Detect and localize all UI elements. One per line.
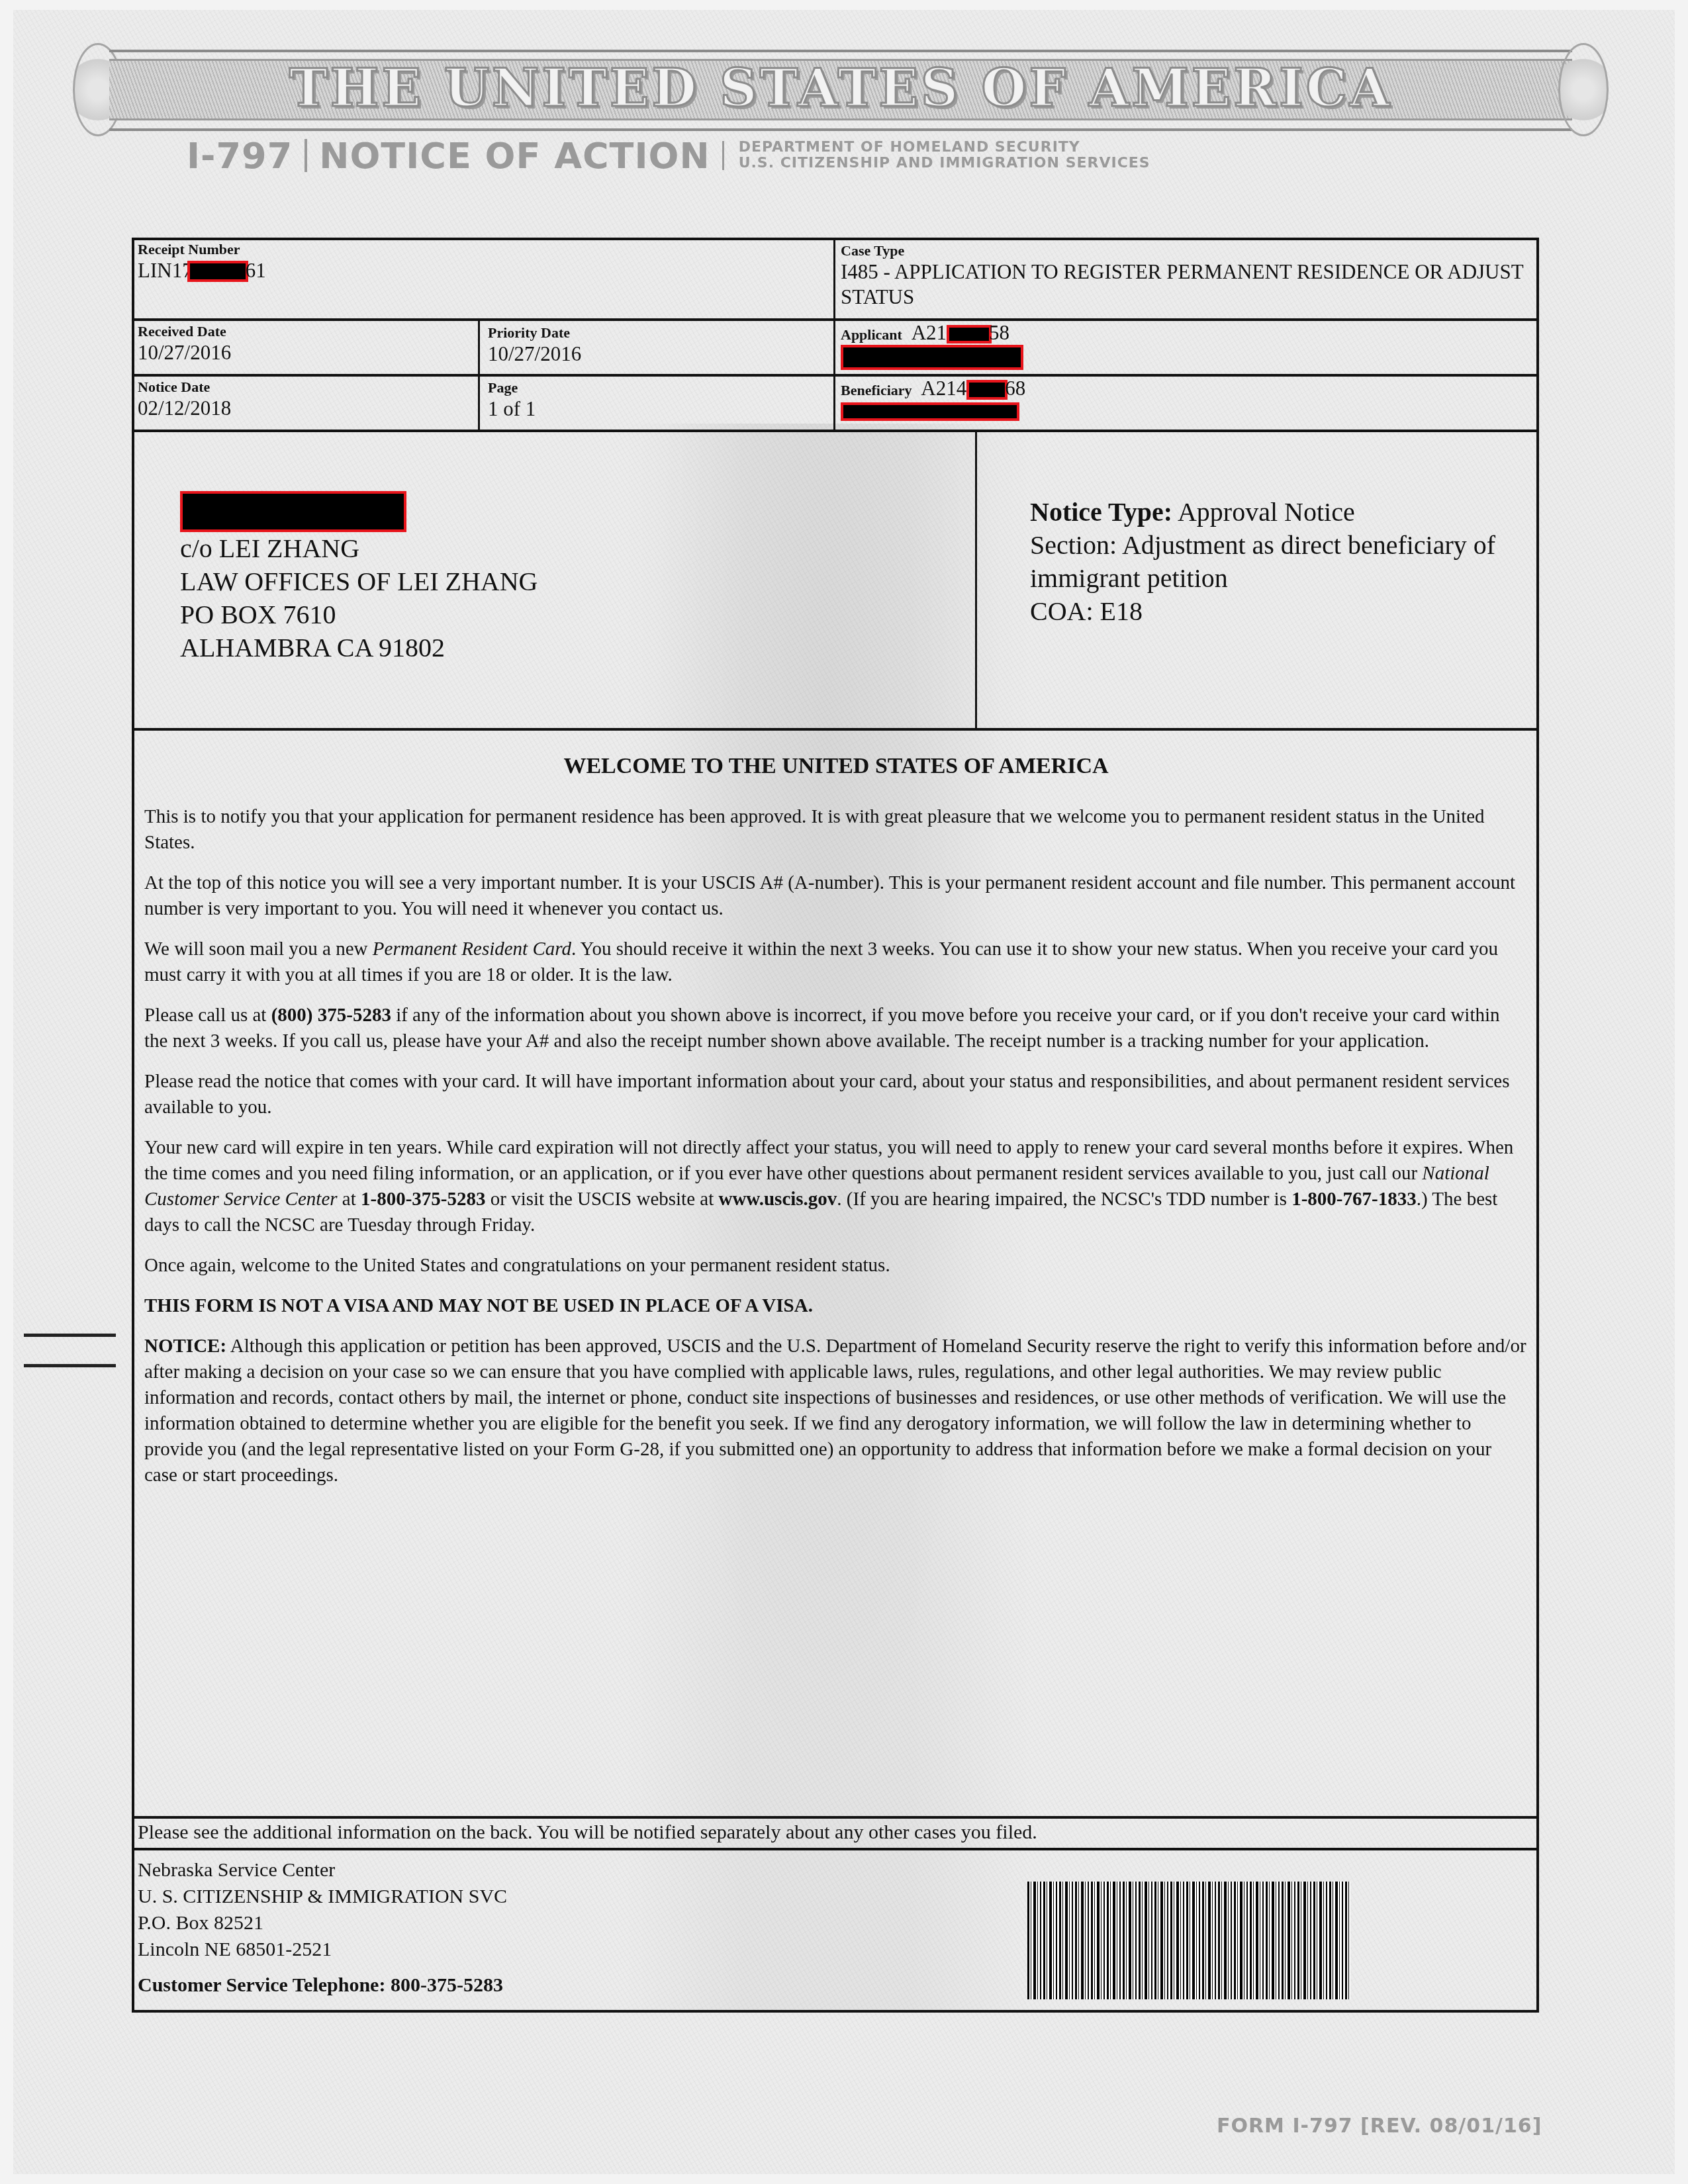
phone-number: (800) 375-5283 [271,1005,391,1026]
footer-line: P.O. Box 82521 [138,1910,733,1936]
text: Please call us at [144,1005,271,1026]
grid-line [975,431,977,729]
paragraph: This is to notify you that your applicat… [144,804,1528,856]
text: Although this application or petition ha… [144,1336,1526,1486]
priority-date-cell: Priority Date 10/27/2016 [488,324,819,367]
tdd-number: 1-800-767-1833 [1291,1189,1416,1210]
address-line: c/o LEI ZHANG [180,532,842,565]
right-ornament-icon [1558,43,1609,136]
redaction-box [187,261,248,282]
header-banner: THE UNITED STATES OF AMERICA [73,50,1609,126]
applicant-a-number-suffix: 58 [989,321,1009,344]
paragraph: Once again, welcome to the United States… [144,1253,1528,1279]
mailing-address: c/o LEI ZHANG LAW OFFICES OF LEI ZHANG P… [180,491,842,664]
priority-date-value: 10/27/2016 [488,341,819,367]
grid-line [132,728,1539,731]
welcome-heading: WELCOME TO THE UNITED STATES OF AMERICA [144,753,1528,779]
form-name: NOTICE OF ACTION [319,135,710,177]
received-date-cell: Received Date 10/27/2016 [138,323,469,365]
footer-line: U. S. CITIZENSHIP & IMMIGRATION SVC [138,1884,733,1910]
fold-mark [24,1334,116,1337]
text: Your new card will expire in ten years. … [144,1137,1513,1184]
page-value: 1 of 1 [488,396,819,422]
applicant-name-redaction [841,345,1023,370]
coa: COA: E18 [1030,595,1533,628]
grid-line [478,320,480,431]
divider [305,139,307,172]
address-line: LAW OFFICES OF LEI ZHANG [180,565,842,598]
receipt-number-label: Receipt Number [138,241,826,258]
page-cell: Page 1 of 1 [488,379,819,422]
applicant-cell: Applicant A2158 [841,322,1529,370]
redaction-box [966,380,1008,400]
page-label: Page [488,379,819,396]
redaction-box [947,325,992,343]
text: . (If you are hearing impaired, the NCSC… [837,1189,1291,1210]
applicant-a-number-prefix: A21 [912,321,947,344]
agency-name: DEPARTMENT OF HOMELAND SECURITY U.S. CIT… [739,140,1150,171]
receipt-suffix: 61 [246,259,266,282]
footer-line: Lincoln NE 68501-2521 [138,1936,733,1963]
grid-line [833,238,835,431]
applicant-row: Applicant A2158 [841,322,1529,345]
website-link[interactable]: www.uscis.gov [718,1189,837,1210]
additional-info-note: Please see the additional information on… [138,1819,1528,1846]
form-title-line: I-797 NOTICE OF ACTION DEPARTMENT OF HOM… [187,136,1150,175]
visa-warning: THIS FORM IS NOT A VISA AND MAY NOT BE U… [144,1293,1528,1319]
beneficiary-name-redaction [841,402,1019,421]
paragraph: Your new card will expire in ten years. … [144,1135,1528,1238]
case-type-label: Case Type [841,242,1529,259]
text: or visit the USCIS website at [485,1189,718,1210]
recipient-name-redaction [180,491,406,532]
beneficiary-a-number-suffix: 68 [1005,377,1025,400]
notice-date-value: 02/12/2018 [138,396,469,421]
grid-line [132,374,1539,377]
agency-line-1: DEPARTMENT OF HOMELAND SECURITY [739,139,1080,156]
case-type-cell: Case Type I485 - APPLICATION TO REGISTER… [841,242,1529,310]
notice-type-block: Notice Type: Approval Notice Section: Ad… [1030,496,1533,628]
notice-label: NOTICE: [144,1336,226,1357]
notice-type: Notice Type: Approval Notice [1030,496,1533,529]
service-center-address: Nebraska Service Center U. S. CITIZENSHI… [138,1857,733,1999]
grid-line [132,318,1539,321]
notice-date-cell: Notice Date 02/12/2018 [138,379,469,421]
barcode-icon [1027,1882,1350,1999]
divider [722,141,724,170]
receipt-prefix: LIN17 [138,259,193,282]
address-line: ALHAMBRA CA 91802 [180,631,842,664]
phone-number: 1-800-375-5283 [361,1189,485,1210]
paragraph: NOTICE: Although this application or pet… [144,1334,1528,1488]
notice-body: WELCOME TO THE UNITED STATES OF AMERICA … [144,753,1528,1503]
grid-line [132,430,1539,432]
customer-service-phone: Customer Service Telephone: 800-375-5283 [138,1972,733,1999]
agency-line-2: U.S. CITIZENSHIP AND IMMIGRATION SERVICE… [739,155,1150,171]
beneficiary-cell: Beneficiary A21468 [841,377,1529,421]
form-revision: FORM I-797 [REV. 08/01/16] [1217,2115,1542,2138]
address-line: PO BOX 7610 [180,598,842,631]
beneficiary-a-number-prefix: A214 [921,377,966,400]
form-number: I-797 [187,135,293,177]
beneficiary-label: Beneficiary [841,382,912,398]
emphasis: Permanent Resident Card [373,938,571,960]
case-type-value: I485 - APPLICATION TO REGISTER PERMANENT… [841,259,1529,310]
text: at [338,1189,361,1210]
paragraph: Please call us at (800) 375-5283 if any … [144,1003,1528,1054]
footer-line: Nebraska Service Center [138,1857,733,1884]
notice-type-value: Approval Notice [1178,497,1355,527]
banner-title: THE UNITED STATES OF AMERICA [73,59,1609,116]
priority-date-label: Priority Date [488,324,819,341]
received-date-value: 10/27/2016 [138,340,469,365]
receipt-number-cell: Receipt Number LIN1761 [138,241,826,285]
paragraph: We will soon mail you a new Permanent Re… [144,936,1528,988]
applicant-label: Applicant [841,326,902,343]
fold-mark [24,1364,116,1367]
notice-type-label: Notice Type: [1030,497,1172,527]
beneficiary-row: Beneficiary A21468 [841,377,1529,401]
paragraph: Please read the notice that comes with y… [144,1069,1528,1120]
grid-line [132,1848,1539,1850]
section: Section: Adjustment as direct beneficiar… [1030,529,1533,595]
text: We will soon mail you a new [144,938,373,960]
received-date-label: Received Date [138,323,469,340]
paragraph: At the top of this notice you will see a… [144,870,1528,922]
receipt-number-value: LIN1761 [138,258,826,285]
notice-date-label: Notice Date [138,379,469,396]
